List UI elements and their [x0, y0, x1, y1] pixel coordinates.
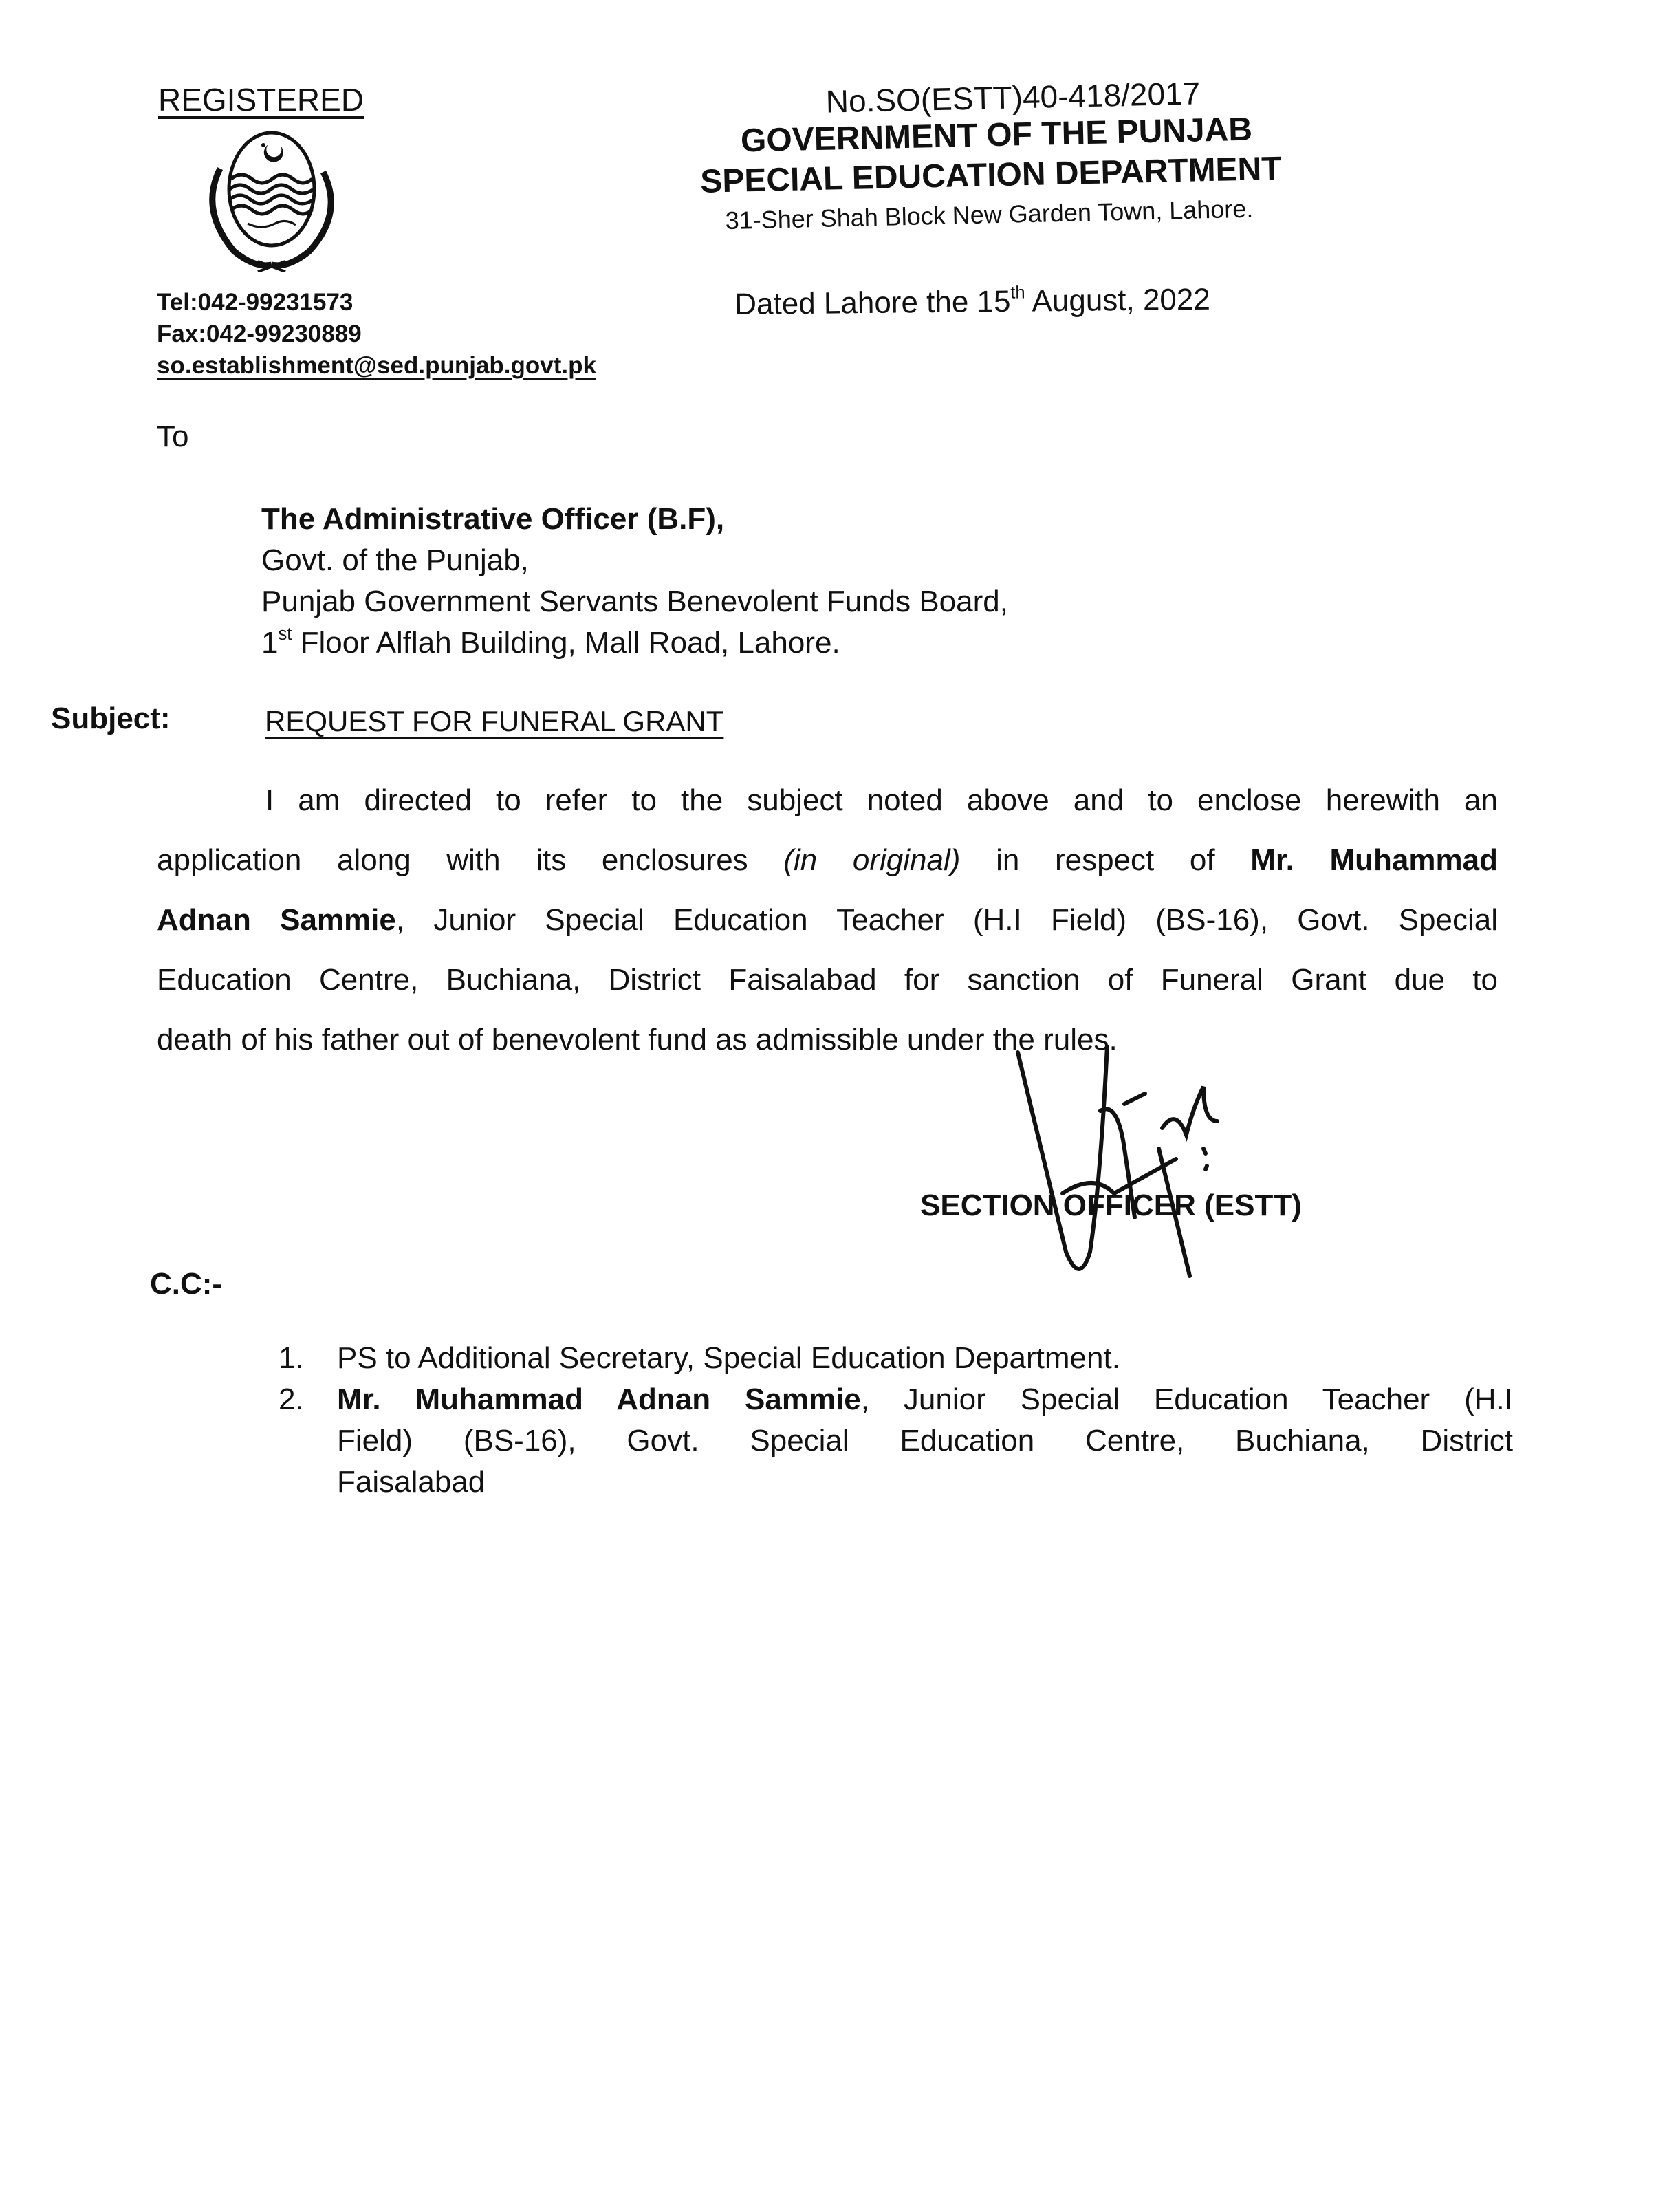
body-text: in respect of: [960, 843, 1250, 877]
email-link[interactable]: so.establishment@sed.punjab.govt.pk: [157, 352, 596, 380]
cc-item-number: 1.: [279, 1338, 304, 1379]
body-paragraph: I am directed to refer to the subject no…: [157, 770, 1498, 1070]
letter-date: Dated Lahore the 15th August, 2022: [734, 283, 1210, 322]
body-line: I am directed to refer to the subject no…: [157, 770, 1498, 830]
floor-ordinal: st: [278, 625, 292, 644]
subject-label: Subject:: [51, 702, 171, 736]
recipient-address: The Administrative Officer (B.F), Govt. …: [261, 499, 1008, 664]
date-prefix: Dated Lahore the 15: [734, 285, 1011, 321]
fax-number: Fax:042-99230889: [157, 321, 362, 348]
cc-label: C.C:-: [150, 1267, 222, 1301]
punjab-emblem-icon: [165, 120, 378, 272]
subject-text: REQUEST FOR FUNERAL GRANT: [265, 705, 723, 738]
cc-item-text: , Junior Special Education Teacher (H.I: [861, 1382, 1513, 1416]
telephone-number: Tel:042-99231573: [157, 289, 353, 316]
body-italic: (in original): [783, 843, 960, 877]
cc-item: 1. PS to Additional Secretary, Special E…: [279, 1338, 1513, 1379]
signature-icon: [997, 1045, 1314, 1293]
employee-name: Adnan Sammie: [157, 903, 396, 937]
cc-item: 2. Mr. Muhammad Adnan Sammie, Junior Spe…: [279, 1379, 1513, 1503]
date-ordinal: th: [1010, 283, 1025, 302]
body-line: Adnan Sammie, Junior Special Education T…: [157, 890, 1498, 950]
employee-name: Mr. Muhammad: [1250, 843, 1498, 877]
department-address: 31-Sher Shah Block New Garden Town, Laho…: [725, 195, 1254, 235]
body-text: , Junior Special Education Teacher (H.I …: [396, 903, 1498, 937]
recipient-line: 1st Floor Alflah Building, Mall Road, La…: [261, 622, 1008, 664]
body-line: application along with its enclosures (i…: [157, 830, 1498, 890]
cc-list: 1. PS to Additional Secretary, Special E…: [279, 1338, 1513, 1503]
cc-item-line: Mr. Muhammad Adnan Sammie, Junior Specia…: [337, 1379, 1513, 1420]
body-line: Education Centre, Buchiana, District Fai…: [157, 950, 1498, 1010]
to-label: To: [157, 420, 188, 454]
cc-item-text: PS to Additional Secretary, Special Educ…: [337, 1341, 1120, 1375]
floor-number: 1: [261, 626, 278, 660]
date-rest: August, 2022: [1025, 283, 1210, 318]
employee-name: Mr. Muhammad Adnan Sammie: [337, 1382, 861, 1416]
body-text: application along with its enclosures: [157, 843, 783, 877]
recipient-line: Govt. of the Punjab,: [261, 540, 1008, 581]
cc-item-line: Faisalabad: [337, 1462, 1513, 1503]
cc-item-line: Field) (BS-16), Govt. Special Education …: [337, 1420, 1513, 1462]
recipient-title: The Administrative Officer (B.F),: [261, 499, 1008, 540]
registered-mark: REGISTERED: [158, 81, 364, 118]
recipient-line: Punjab Government Servants Benevolent Fu…: [261, 581, 1008, 622]
cc-item-number: 2.: [279, 1379, 304, 1420]
floor-rest: Floor Alflah Building, Mall Road, Lahore…: [292, 626, 840, 660]
